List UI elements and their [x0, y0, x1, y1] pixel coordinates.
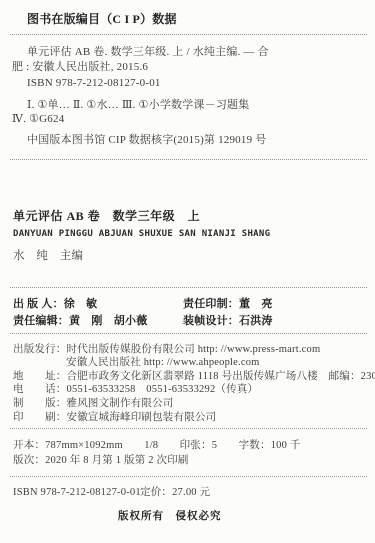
chief-editor-line: 水 纯 主编 [13, 250, 83, 263]
cip-entry-line-2: 肥 : 安徽人民出版社, 2015.6 [12, 61, 148, 74]
staff-designer: 装帧设计：石洪涛 [183, 315, 273, 328]
cip-header: 图书在版编目（C I P）数据 [27, 13, 177, 26]
dotted-divider [10, 428, 367, 429]
cip-entry-line-1: 单元评估 AB 卷. 数学三年级. 上 / 水纯主编. — 合 [27, 46, 269, 59]
dotted-divider [10, 159, 367, 160]
dotted-divider [10, 333, 367, 334]
copyright-notice: 版权所有 侵权必究 [118, 510, 222, 523]
cip-classification-line-1: Ⅰ. ①单… Ⅱ. ①水… Ⅲ. ①小学数学课－习题集 [27, 99, 249, 112]
publishing-row-press: 安徽人民出版社 http: //www.ahpeople.com [66, 356, 260, 369]
publishing-row-plate-making: 制 版：雅风图文制作有限公司 [13, 397, 174, 410]
dotted-divider [10, 287, 367, 288]
publishing-row-distributor: 出版发行：时代出版传媒股份有限公司 http: //www.press-mart… [13, 343, 320, 356]
staff-print-supervisor: 责任印制：董 亮 [183, 298, 273, 311]
publishing-row-address: 地 址：合肥市政务文化新区翡翠路 1118 号出版传媒广场八楼 邮编：23007… [13, 370, 375, 383]
staff-editors: 责任编辑：黄 刚 胡小薇 [13, 315, 147, 328]
format-line: 开本：787mm×1092mm 1/8 印张：5 字数：100 千 [13, 439, 301, 452]
staff-publisher: 出 版 人：徐 敏 [13, 298, 97, 311]
cip-classification-line-2: Ⅳ. ①G624 [12, 113, 64, 126]
isbn-line: ISBN 978-7-212-08127-0-01 [13, 486, 141, 499]
price-label: 定价：27.00 元 [140, 486, 210, 499]
copyright-page: 图书在版编目（C I P）数据 单元评估 AB 卷. 数学三年级. 上 / 水纯… [0, 0, 375, 543]
edition-line: 版次：2020 年 8 月第 1 版第 2 次印刷 [13, 454, 189, 467]
cip-isbn-line: ISBN 978-7-212-08127-0-01 [27, 77, 161, 90]
publishing-row-phone: 电 话：0551-63533258 0551-63533292（传真） [13, 383, 258, 396]
book-title: 单元评估 AB 卷 数学三年级 上 [13, 210, 200, 223]
publishing-row-printer: 印 刷：安徽宣城海峰印刷包装有限公司 [13, 411, 216, 424]
dotted-divider [10, 476, 367, 477]
book-title-pinyin: DANYUAN PINGGU ABJUAN SHUXUE SAN NIANJI … [13, 228, 270, 241]
cip-record-number-line: 中国版本图书馆 CIP 数据核字(2015)第 129019 号 [27, 134, 266, 147]
dotted-divider [10, 34, 367, 35]
